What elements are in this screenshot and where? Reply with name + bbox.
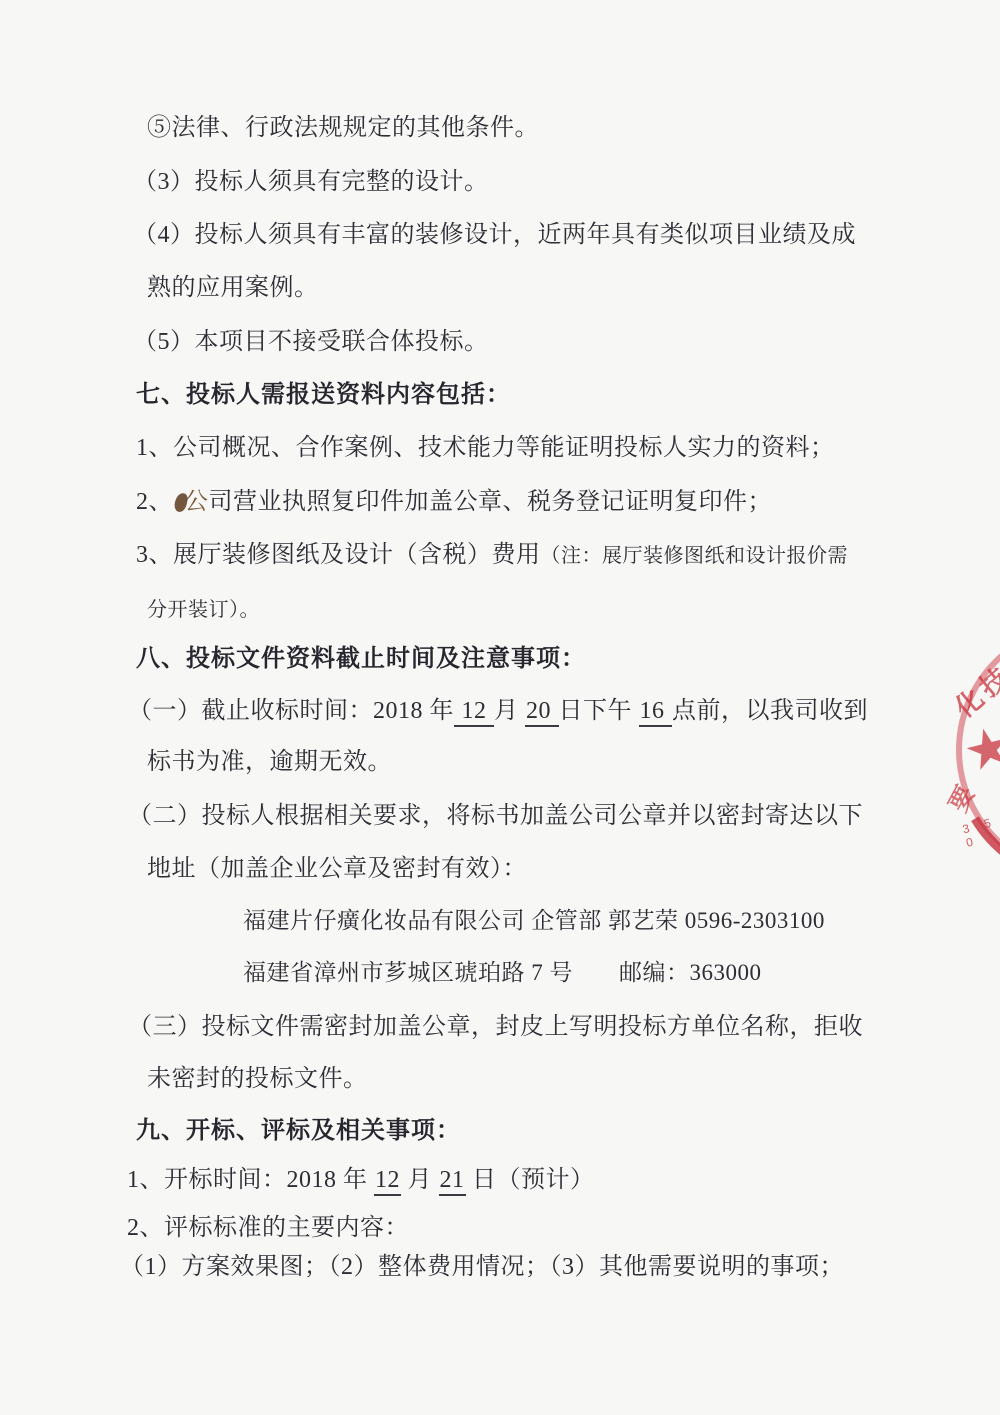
deadline-clause-continued: 标书为准，逾期无效。 bbox=[147, 746, 392, 778]
opening-day-value: 21 bbox=[439, 1167, 466, 1196]
item-2-business-license: 2、公司营业执照复印件加盖公章、税务登记证明复印件； bbox=[136, 486, 772, 518]
item-3-showroom-drawings: 3、展厅装修图纸及设计（含税）费用（注：展厅装修图纸和设计报价需 bbox=[136, 539, 848, 572]
section-7-heading: 七、投标人需报送资料内容包括： bbox=[136, 379, 511, 411]
evaluation-criteria-items: （1）方案效果图；（2）整体费用情况；（3）其他需要说明的事项； bbox=[120, 1251, 844, 1283]
item-3-note-continued: 分开装订）。 bbox=[147, 594, 260, 626]
requirement-3-complete-design: （3）投标人须具有完整的设计。 bbox=[133, 166, 489, 198]
opening-month-value: 12 bbox=[374, 1167, 401, 1196]
mailing-clause: （二）投标人根据相关要求，将标书加盖公司公章并以密封寄达以下 bbox=[128, 800, 863, 832]
address-postcode: 邮编：363000 bbox=[619, 960, 762, 985]
bid-opening-time: 1、开标时间：2018 年 12 月 21 日（预计） bbox=[127, 1164, 595, 1196]
item-2-number: 2、 bbox=[136, 489, 173, 515]
section-8-heading: 八、投标文件资料截止时间及注意事项： bbox=[136, 643, 586, 675]
deadline-clause: （一）截止收标时间：2018 年 12 月 20 日下午 16 点前，以我司收到 bbox=[128, 695, 868, 727]
requirement-4-decor-experience: （4）投标人须具有丰富的装修设计，近两年具有类似项目业绩及成 bbox=[133, 219, 856, 251]
item-3-main-text: 3、展厅装修图纸及设计（含税）费用 bbox=[136, 542, 541, 568]
requirement-4-continued: 熟的应用案例。 bbox=[147, 272, 319, 304]
item-2-text: 司营业执照复印件加盖公章、税务登记证明复印件； bbox=[209, 489, 773, 515]
section-9-heading: 九、开标、评标及相关事项： bbox=[136, 1115, 461, 1147]
deadline-day-value: 20 bbox=[525, 698, 559, 727]
deadline-month-value: 12 bbox=[454, 698, 494, 727]
item-1-company-profile: 1、公司概况、合作案例、技术能力等能证明投标人实力的资料； bbox=[136, 432, 835, 464]
address-street-postcode: 福建省漳州市芗城区琥珀路 7 号邮编：363000 bbox=[243, 957, 762, 989]
opening-text: 1、开标时间：2018 年 bbox=[127, 1167, 374, 1193]
clause-other-legal-conditions: ⑤法律、行政法规规定的其他条件。 bbox=[147, 112, 539, 144]
scanned-document-page: ⑤法律、行政法规规定的其他条件。 （3）投标人须具有完整的设计。 （4）投标人须… bbox=[0, 0, 1000, 1415]
seal-clause-continued: 未密封的投标文件。 bbox=[147, 1063, 368, 1095]
item-3-note: （注：展厅装修图纸和设计报价需 bbox=[541, 545, 849, 567]
requirement-5-no-consortium: （5）本项目不接受联合体投标。 bbox=[133, 326, 489, 358]
address-street: 福建省漳州市芗城区琥珀路 7 号 bbox=[243, 960, 573, 985]
item-2-smudged-char: 公 bbox=[184, 489, 209, 515]
mailing-clause-continued: 地址（加盖企业公章及密封有效）： bbox=[147, 853, 527, 885]
address-company-contact: 福建片仔癀化妆品有限公司 企管部 郭艺荣 0596-2303100 bbox=[243, 905, 825, 937]
deadline-hour-value: 16 bbox=[639, 698, 673, 727]
evaluation-criteria-heading: 2、评标标准的主要内容： bbox=[127, 1212, 409, 1244]
deadline-text: （一）截止收标时间：2018 年 bbox=[128, 698, 454, 724]
seal-clause: （三）投标文件需密封加盖公章，封皮上写明投标方单位名称，拒收 bbox=[128, 1011, 863, 1043]
